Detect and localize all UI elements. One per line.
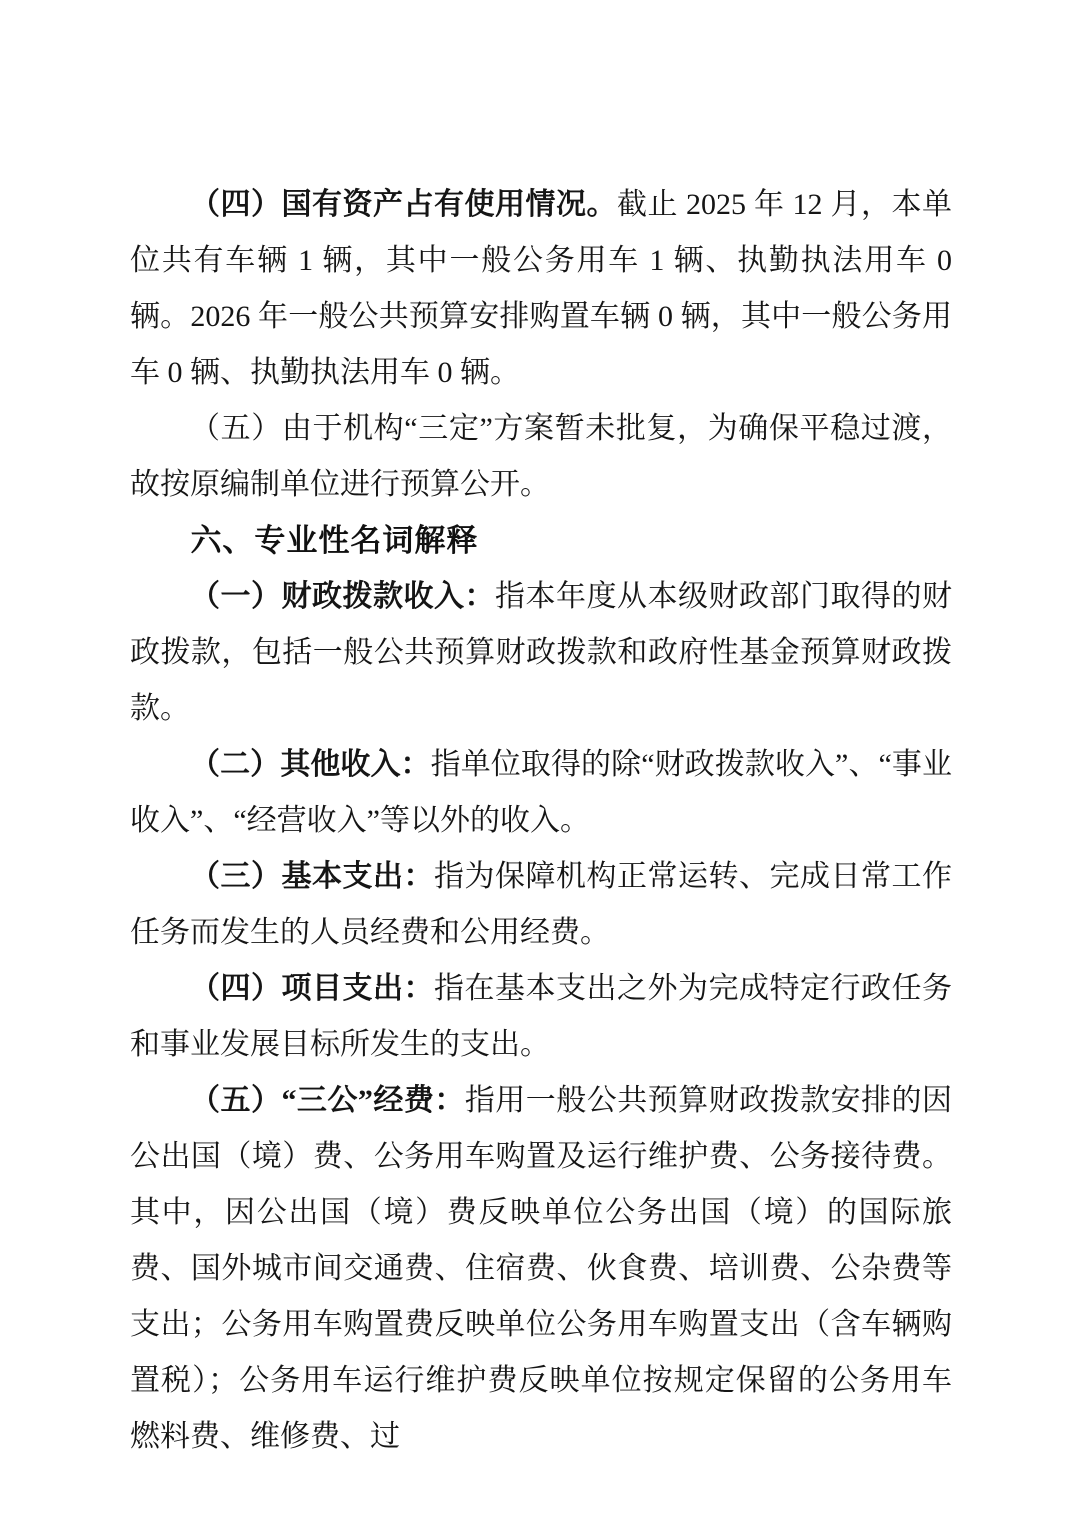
paragraph-lead: （一）财政拨款收入： <box>190 580 495 613</box>
paragraph: （三）基本支出：指为保障机构正常运转、完成日常工作任务而发生的人员经费和公用经费… <box>130 849 952 961</box>
paragraph-lead: （五）“三公”经费： <box>190 1084 465 1117</box>
paragraph: （四）国有资产占有使用情况。截止 2025 年 12 月，本单位共有车辆 1 辆… <box>130 177 952 401</box>
paragraph: （二）其他收入：指单位取得的除“财政拨款收入”、“事业收入”、“经营收入”等以外… <box>130 737 952 849</box>
paragraph: （一）财政拨款收入：指本年度从本级财政部门取得的财政拨款，包括一般公共预算财政拨… <box>130 569 952 737</box>
paragraph-lead: （四）国有资产占有使用情况。 <box>190 188 617 221</box>
document-content: （四）国有资产占有使用情况。截止 2025 年 12 月，本单位共有车辆 1 辆… <box>130 177 952 1465</box>
paragraph-text: 指用一般公共预算财政拨款安排的因公出国（境）费、公务用车购置及运行维护费、公务接… <box>130 1084 952 1453</box>
paragraph-lead: （三）基本支出： <box>190 860 434 893</box>
paragraph-lead: （四）项目支出： <box>190 972 434 1005</box>
paragraph-text: （五）由于机构“三定”方案暂未批复，为确保平稳过渡，故按原编制单位进行预算公开。 <box>130 412 952 501</box>
document-page: （四）国有资产占有使用情况。截止 2025 年 12 月，本单位共有车辆 1 辆… <box>0 0 1074 1520</box>
paragraph: （五）由于机构“三定”方案暂未批复，为确保平稳过渡，故按原编制单位进行预算公开。 <box>130 401 952 513</box>
section-heading: 六、专业性名词解释 <box>130 513 952 569</box>
paragraph: （四）项目支出：指在基本支出之外为完成特定行政任务和事业发展目标所发生的支出。 <box>130 961 952 1073</box>
paragraph-lead: （二）其他收入： <box>190 748 431 781</box>
paragraph: （五）“三公”经费：指用一般公共预算财政拨款安排的因公出国（境）费、公务用车购置… <box>130 1073 952 1465</box>
